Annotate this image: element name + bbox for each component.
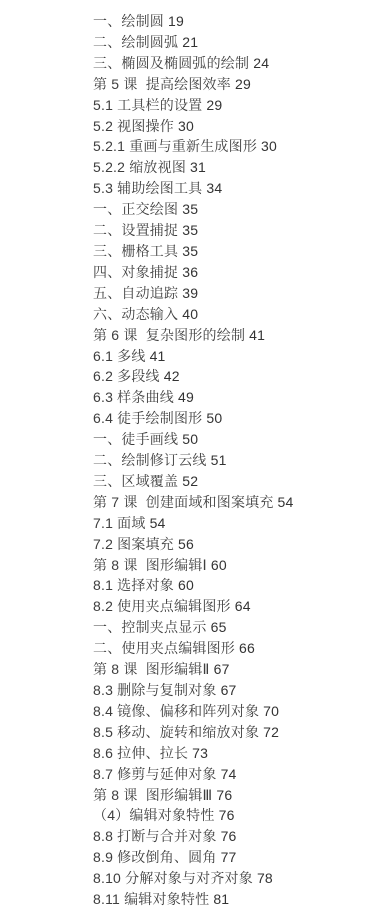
toc-entry-sub: 一、徒手画线50 (93, 429, 377, 450)
toc-entry-label: 8.3 删除与复制对象 (93, 682, 217, 698)
toc-entry-sub: 二、绘制圆弧21 (93, 32, 377, 53)
toc-entry-label: 五、自动追踪 (93, 285, 178, 301)
toc-entry-label: 一、正交绘图 (93, 201, 178, 217)
toc-entry-label: 6.1 多线 (93, 348, 146, 364)
toc-entry-label: 二、绘制圆弧 (93, 34, 178, 50)
toc-entry-label: 5.1 工具栏的设置 (93, 97, 202, 113)
toc-entry-page: 40 (182, 306, 198, 322)
toc-entry-section: 7.2 图案填充56 (93, 534, 377, 555)
toc-entry-page: 30 (261, 138, 277, 154)
toc-entry-label: 6.3 样条曲线 (93, 389, 174, 405)
toc-entry-label: 7.1 面域 (93, 515, 146, 531)
toc-entry-chapter: 第 5 课 提高绘图效率29 (93, 74, 377, 95)
toc-entry-page: 67 (214, 661, 230, 677)
toc-entry-section: 8.6 拉伸、拉长73 (93, 743, 377, 764)
toc-entry-page: 74 (221, 766, 237, 782)
toc-entry-page: 56 (178, 536, 194, 552)
toc-entry-section: 8.9 修改倒角、圆角77 (93, 847, 377, 868)
toc-entry-section: 8.3 删除与复制对象67 (93, 680, 377, 701)
toc-entry-section: 8.11 编辑对象特性81 (93, 889, 377, 910)
toc-entry-page: 76 (216, 787, 232, 803)
toc-entry-chapter: 第 8 课 图形编辑Ⅰ60 (93, 555, 377, 576)
toc-entry-section: 6.3 样条曲线49 (93, 387, 377, 408)
toc-entry-page: 19 (168, 13, 184, 29)
toc-entry-label: 8.6 拉伸、拉长 (93, 745, 188, 761)
toc-entry-page: 54 (278, 494, 294, 510)
toc-entry-label: 第 6 课 复杂图形的绘制 (93, 327, 245, 343)
toc-entry-sub: 三、椭圆及椭圆弧的绘制24 (93, 53, 377, 74)
toc-entry-sub: 二、绘制修订云线51 (93, 450, 377, 471)
toc-entry-section: 6.4 徒手绘制图形50 (93, 408, 377, 429)
toc-entry-page: 81 (213, 891, 229, 907)
toc-entry-page: 42 (164, 368, 180, 384)
toc-entry-section: 5.1 工具栏的设置29 (93, 95, 377, 116)
toc-entry-sub: 六、动态输入40 (93, 304, 377, 325)
toc-entry-label: 一、绘制圆 (93, 13, 164, 29)
toc-entry-sub: 二、设置捕捉35 (93, 220, 377, 241)
toc-entry-sub: 三、栅格工具35 (93, 241, 377, 262)
toc-entry-page: 50 (206, 410, 222, 426)
toc-entry-page: 34 (206, 180, 222, 196)
toc-entry-page: 65 (211, 619, 227, 635)
toc-entry-label: 5.2.2 缩放视图 (93, 159, 186, 175)
toc-page: 一、绘制圆19 二、绘制圆弧21 三、椭圆及椭圆弧的绘制24 第 5 课 提高绘… (0, 0, 387, 915)
toc-entry-section: 5.2 视图操作30 (93, 116, 377, 137)
toc-entry-chapter: 第 6 课 复杂图形的绘制41 (93, 325, 377, 346)
toc-entry-page: 52 (182, 473, 198, 489)
toc-entry-page: 24 (253, 55, 269, 71)
toc-entry-page: 54 (150, 515, 166, 531)
toc-entry-page: 39 (182, 285, 198, 301)
toc-entry-section: 8.4 镜像、偏移和阵列对象70 (93, 701, 377, 722)
toc-entry-section: 5.2.2 缩放视图31 (93, 157, 377, 178)
toc-entry-label: 第 8 课 图形编辑Ⅲ (93, 787, 212, 803)
toc-entry-label: 8.9 修改倒角、圆角 (93, 849, 217, 865)
toc-entry-page: 73 (192, 745, 208, 761)
toc-entry-label: 8.7 修剪与延伸对象 (93, 766, 217, 782)
toc-entry-page: 29 (235, 76, 251, 92)
toc-entry-label: 一、徒手画线 (93, 431, 178, 447)
toc-entry-label: 5.2 视图操作 (93, 118, 174, 134)
toc-entry-section: 5.3 辅助绘图工具34 (93, 178, 377, 199)
toc-entry-page: 77 (221, 849, 237, 865)
toc-entry-page: 78 (257, 870, 273, 886)
toc-entry-page: 30 (178, 118, 194, 134)
toc-entry-section: 8.2 使用夹点编辑图形64 (93, 596, 377, 617)
toc-entry-page: 41 (249, 327, 265, 343)
toc-entry-label: 第 8 课 图形编辑Ⅱ (93, 661, 210, 677)
toc-entry-label: 六、动态输入 (93, 306, 178, 322)
toc-entry-page: 41 (150, 348, 166, 364)
toc-entry-label: 5.2.1 重画与重新生成图形 (93, 138, 257, 154)
toc-entry-section: 8.1 选择对象60 (93, 575, 377, 596)
toc-entry-label: 8.4 镜像、偏移和阵列对象 (93, 703, 259, 719)
toc-entry-page: 31 (190, 159, 206, 175)
toc-entry-page: 35 (182, 201, 198, 217)
toc-entry-page: 35 (182, 243, 198, 259)
toc-entry-section: 8.7 修剪与延伸对象74 (93, 764, 377, 785)
toc-entry-section: 5.2.1 重画与重新生成图形30 (93, 136, 377, 157)
toc-entry-chapter: 第 8 课 图形编辑Ⅲ76 (93, 785, 377, 806)
toc-entry-label: 8.5 移动、旋转和缩放对象 (93, 724, 259, 740)
toc-entry-page: 50 (182, 431, 198, 447)
toc-entry-label: 一、控制夹点显示 (93, 619, 207, 635)
toc-entry-label: 6.4 徒手绘制图形 (93, 410, 202, 426)
toc-entry-page: 70 (263, 703, 279, 719)
toc-entry-page: 51 (211, 452, 227, 468)
toc-entry-chapter: 第 8 课 图形编辑Ⅱ67 (93, 659, 377, 680)
toc-entry-sub: 四、对象捕捉36 (93, 262, 377, 283)
toc-entry-label: 四、对象捕捉 (93, 264, 178, 280)
toc-entry-sub: （4）编辑对象特性76 (93, 805, 377, 826)
toc-entry-sub: 一、控制夹点显示65 (93, 617, 377, 638)
toc-entry-page: 67 (221, 682, 237, 698)
toc-entry-page: 64 (235, 598, 251, 614)
toc-entry-page: 21 (182, 34, 198, 50)
toc-entry-label: 二、使用夹点编辑图形 (93, 640, 235, 656)
toc-entry-label: （4）编辑对象特性 (93, 807, 215, 823)
toc-entry-sub: 三、区域覆盖52 (93, 471, 377, 492)
toc-entry-chapter: 第 7 课 创建面域和图案填充54 (93, 492, 377, 513)
toc-entry-page: 35 (182, 222, 198, 238)
toc-entry-label: 5.3 辅助绘图工具 (93, 180, 202, 196)
toc-entry-label: 8.2 使用夹点编辑图形 (93, 598, 231, 614)
toc-entry-label: 6.2 多段线 (93, 368, 160, 384)
toc-entry-label: 8.1 选择对象 (93, 577, 174, 593)
toc-entry-page: 72 (263, 724, 279, 740)
toc-entry-section: 8.8 打断与合并对象76 (93, 826, 377, 847)
toc-entry-page: 60 (178, 577, 194, 593)
toc-entry-sub: 二、使用夹点编辑图形66 (93, 638, 377, 659)
toc-entry-label: 第 8 课 图形编辑Ⅰ (93, 557, 207, 573)
toc-entry-label: 8.8 打断与合并对象 (93, 828, 217, 844)
toc-entry-page: 66 (239, 640, 255, 656)
toc-entry-section: 7.1 面域54 (93, 513, 377, 534)
toc-entry-label: 7.2 图案填充 (93, 536, 174, 552)
toc-entry-section: 8.5 移动、旋转和缩放对象72 (93, 722, 377, 743)
toc-entry-label: 二、设置捕捉 (93, 222, 178, 238)
toc-entry-label: 8.11 编辑对象特性 (93, 891, 209, 907)
toc-entry-page: 76 (219, 807, 235, 823)
toc-entry-section: 6.1 多线41 (93, 346, 377, 367)
toc-entry-label: 8.10 分解对象与对齐对象 (93, 870, 253, 886)
toc-entry-label: 第 7 课 创建面域和图案填充 (93, 494, 274, 510)
toc-entry-sub: 五、自动追踪39 (93, 283, 377, 304)
toc-list: 一、绘制圆19 二、绘制圆弧21 三、椭圆及椭圆弧的绘制24 第 5 课 提高绘… (93, 11, 377, 910)
toc-entry-page: 49 (178, 389, 194, 405)
toc-entry-sub: 一、正交绘图35 (93, 199, 377, 220)
toc-entry-section: 6.2 多段线42 (93, 366, 377, 387)
toc-entry-label: 三、椭圆及椭圆弧的绘制 (93, 55, 249, 71)
toc-entry-page: 29 (206, 97, 222, 113)
toc-entry-page: 36 (182, 264, 198, 280)
toc-entry-label: 三、区域覆盖 (93, 473, 178, 489)
toc-entry-label: 第 5 课 提高绘图效率 (93, 76, 231, 92)
toc-entry-label: 二、绘制修订云线 (93, 452, 207, 468)
toc-entry-sub: 一、绘制圆19 (93, 11, 377, 32)
toc-entry-label: 三、栅格工具 (93, 243, 178, 259)
toc-entry-section: 8.10 分解对象与对齐对象78 (93, 868, 377, 889)
toc-entry-page: 76 (221, 828, 237, 844)
toc-entry-page: 60 (211, 557, 227, 573)
